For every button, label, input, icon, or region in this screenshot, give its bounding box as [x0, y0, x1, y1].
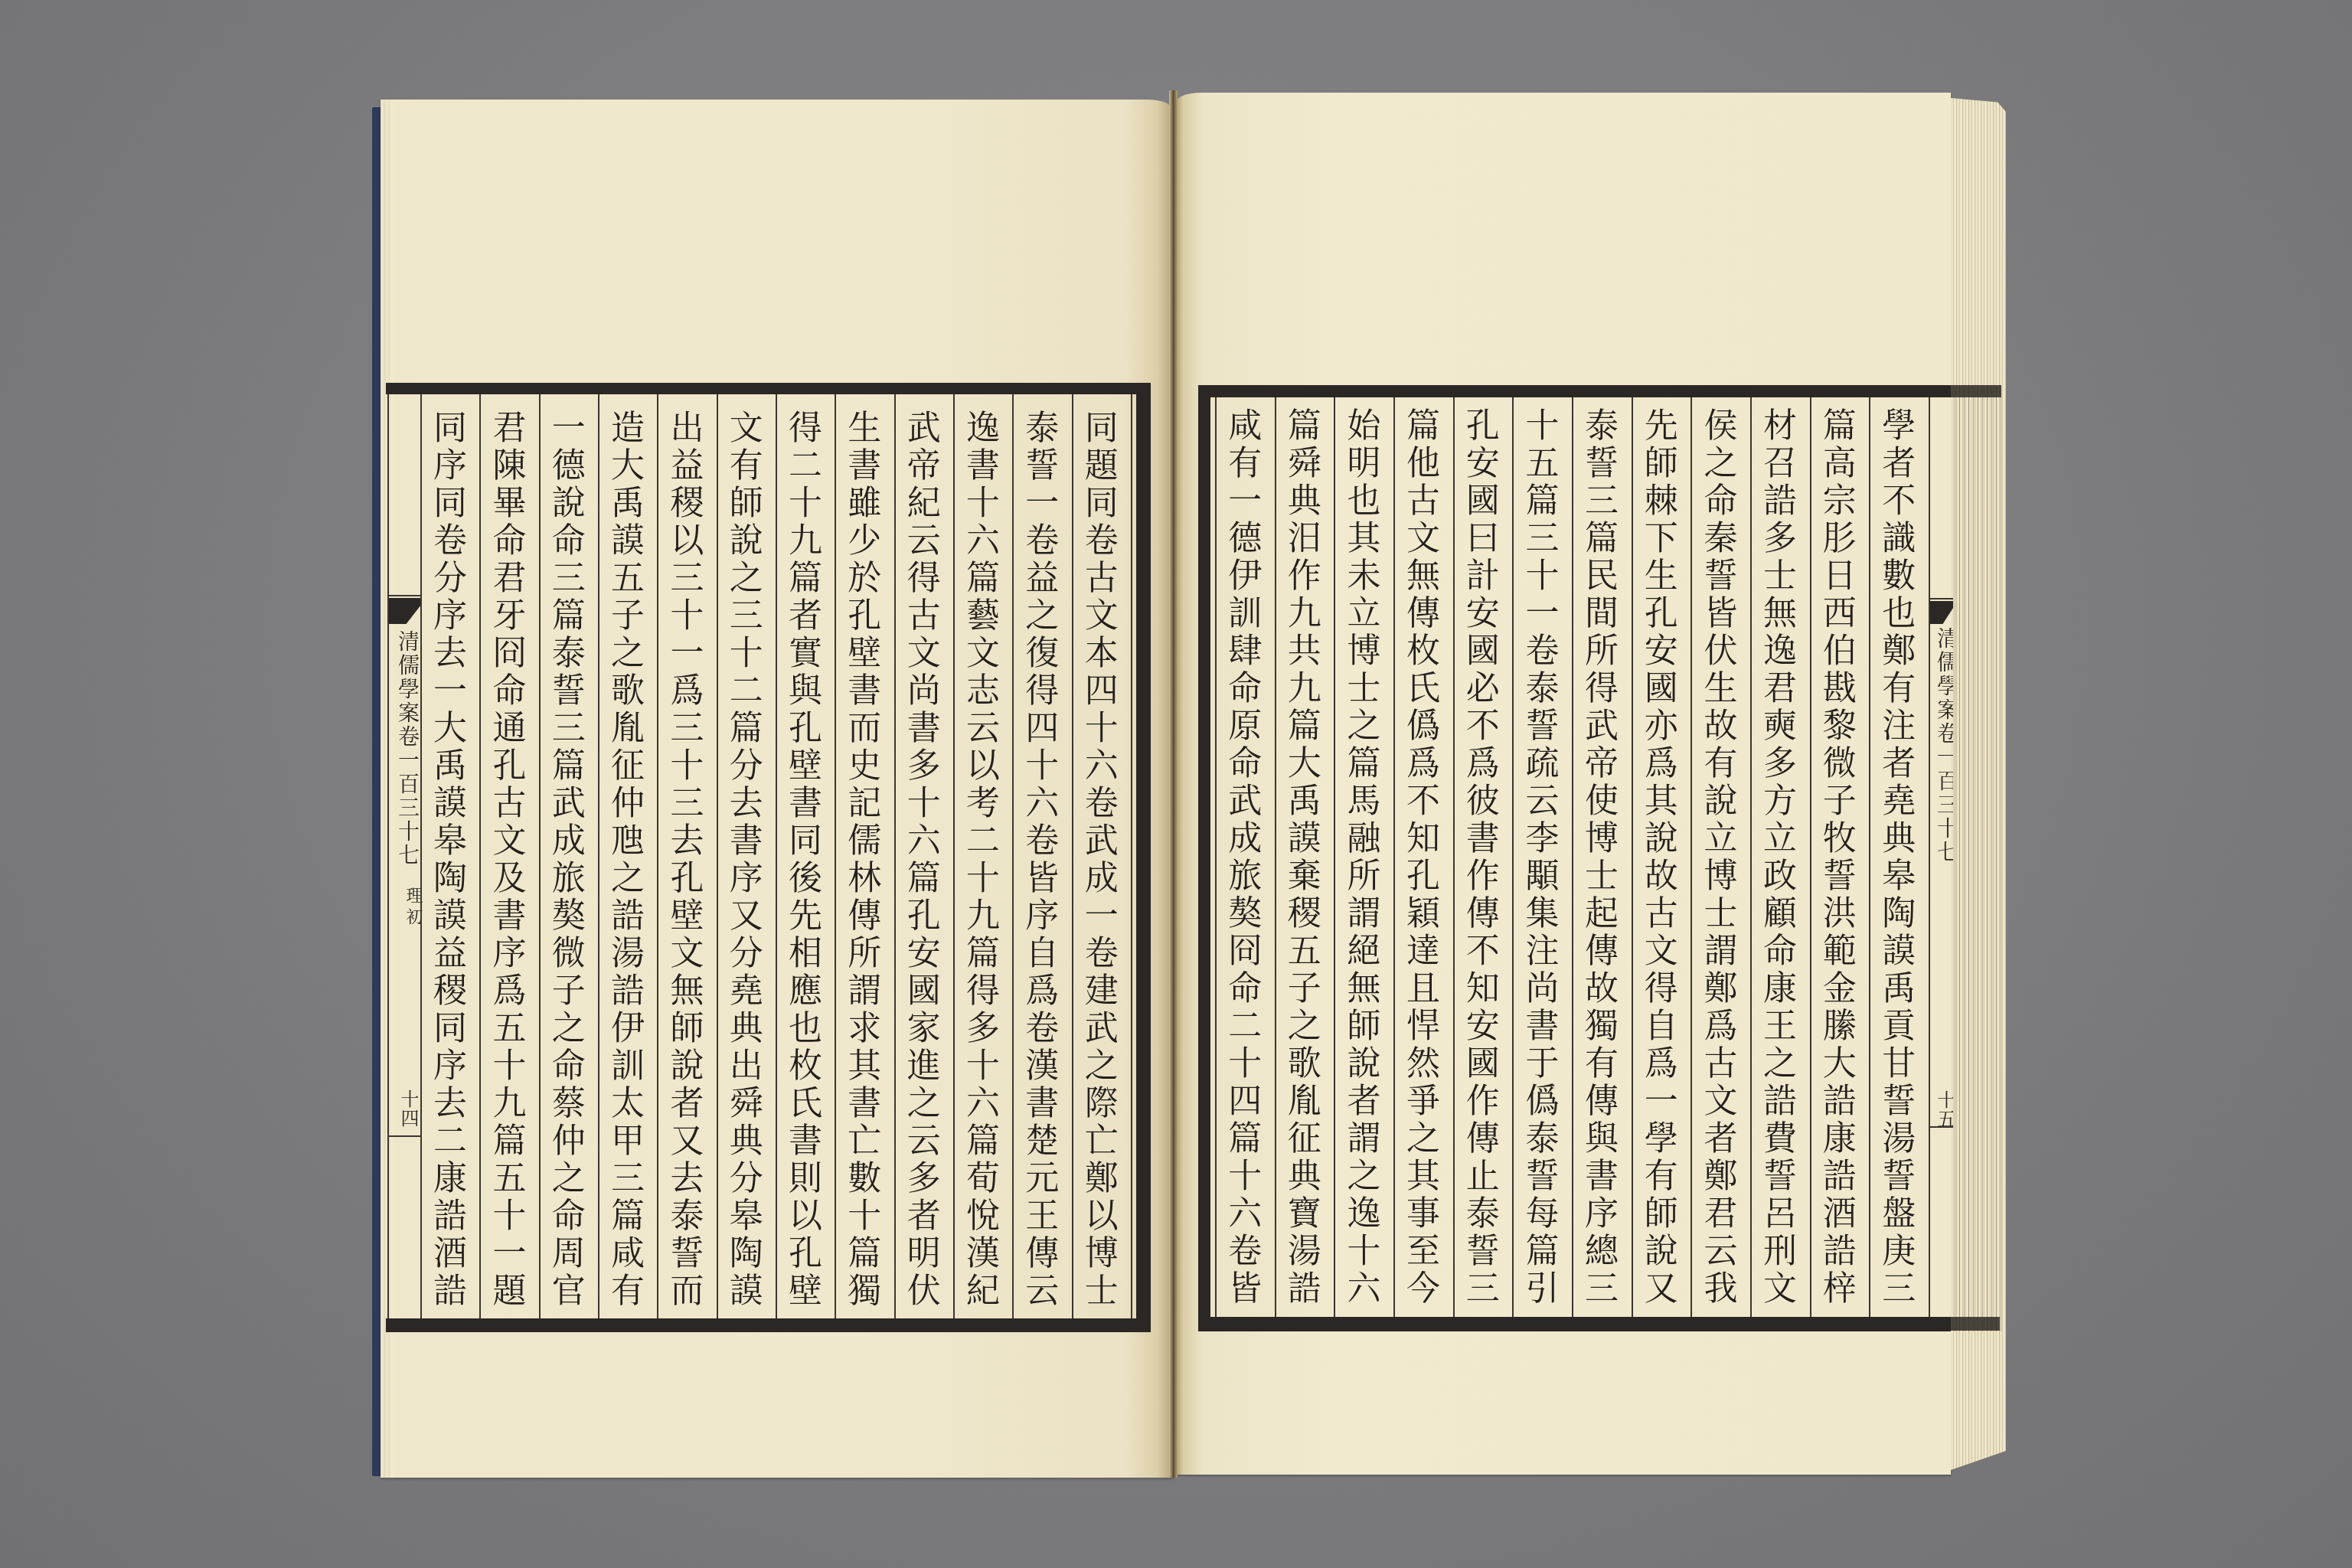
right-text-columns: 學者不識數也鄭有注者堯典皋陶謨禹貢甘誓湯誓盤庚三 篇高宗肜日西伯戡黎微子牧誓洪範…: [1215, 397, 1930, 1317]
text-column: 侯之命秦誓皆伏生故有說立博士謂鄭爲古文者鄭君云我: [1690, 397, 1750, 1317]
text-column: 泰誓一卷益之復得四十六卷皆序自爲卷漢書楚元王傳云: [1012, 394, 1071, 1318]
frame-inner-rule: [1198, 385, 1210, 1331]
column-text: 造大禹謨五子之歌胤征仲虺之誥湯誥伊訓太甲三篇咸有: [599, 410, 648, 1317]
text-column: 材召誥多士無逸君奭多方立政顧命康王之誥費誓呂刑文: [1750, 397, 1810, 1317]
column-text: 同題同卷古文本四十六卷武成一卷建武之際亡鄭以博士: [1073, 410, 1122, 1317]
fold-margin: 清儒學案卷一百三十七 十五: [1930, 397, 1953, 1317]
column-text: 篇他古文無傳枚氏僞爲不知孔穎達且悍然爭之其事至今: [1395, 407, 1444, 1315]
margin-volume-title: 清儒學案卷一百三十七: [392, 630, 423, 867]
frame-inner-rule: [1136, 383, 1151, 1332]
text-column: 造大禹謨五子之歌胤征仲虺之誥湯誥伊訓太甲三篇咸有: [598, 394, 657, 1318]
column-text: 一德說命三篇泰誓三篇武成旅獒微子之命蔡仲之命周官: [541, 410, 590, 1317]
margin-volume-title: 清儒學案卷一百三十七: [1931, 627, 1953, 864]
book-gutter: [1169, 90, 1178, 1478]
text-column: 君陳畢命君牙冏命通孔古文及書序爲五十九篇五十一題: [479, 394, 538, 1318]
column-text: 同序同卷分序去一大禹謨皋陶謨益稷同序去二康誥酒誥: [422, 410, 471, 1317]
left-text-frame: 清儒學案卷一百三十七 理初 十四 同題同卷古文本四十六卷武成一卷建武之際亡鄭以博…: [386, 383, 1151, 1332]
column-text: 始明也其未立博士之篇馬融所謂絕無師說者謂之逸十六: [1335, 407, 1384, 1315]
column-text: 篇高宗肜日西伯戡黎微子牧誓洪範金縢大誥康誥酒誥梓: [1811, 407, 1860, 1315]
column-text: 得二十九篇者實與孔壁書同後先相應也枚氏書則以孔壁: [777, 410, 826, 1317]
frame-top-rule: [386, 383, 1151, 394]
frame-bottom-rule: [386, 1318, 1151, 1332]
frame-top-rule: [1198, 385, 1951, 397]
text-column: 逸書十六篇藝文志云以考二十九篇得多十六篇荀悅漢紀: [953, 394, 1012, 1318]
column-text: 學者不識數也鄭有注者堯典皋陶謨禹貢甘誓湯誓盤庚三: [1870, 407, 1919, 1315]
text-column: 篇高宗肜日西伯戡黎微子牧誓洪範金縢大誥康誥酒誥梓: [1810, 397, 1870, 1317]
column-text: 君陳畢命君牙冏命通孔古文及書序爲五十九篇五十一題: [481, 410, 530, 1317]
text-column: 武帝紀云得古文尚書多十六篇孔安國家進之云多者明伏: [894, 394, 953, 1318]
text-column: 先師棘下生孔安國亦爲其說故古文得自爲一學有師說又: [1632, 397, 1691, 1317]
text-column: 咸有一德伊訓肆命原命武成旅獒冏命二十四篇十六卷皆: [1215, 397, 1275, 1317]
text-column: 篇舜典汨作九共九篇大禹謨棄稷五子之歌胤征典寶湯誥: [1275, 397, 1334, 1317]
text-column: 篇他古文無傳枚氏僞爲不知孔穎達且悍然爭之其事至今: [1393, 397, 1453, 1317]
left-text-columns: 同題同卷古文本四十六卷武成一卷建武之際亡鄭以博士 泰誓一卷益之復得四十六卷皆序自…: [420, 394, 1132, 1318]
text-column: 得二十九篇者實與孔壁書同後先相應也枚氏書則以孔壁: [776, 394, 835, 1318]
column-text: 先師棘下生孔安國亦爲其說故古文得自爲一學有師說又: [1633, 407, 1682, 1315]
column-text: 武帝紀云得古文尚書多十六篇孔安國家進之云多者明伏: [896, 410, 945, 1317]
margin-rule-top: [1930, 598, 1953, 599]
text-column: 同題同卷古文本四十六卷武成一卷建武之際亡鄭以博士: [1072, 394, 1131, 1318]
margin-rule-top: [389, 595, 420, 596]
right-text-frame: 學者不識數也鄭有注者堯典皋陶謨禹貢甘誓湯誓盤庚三 篇高宗肜日西伯戡黎微子牧誓洪範…: [1198, 385, 1960, 1331]
column-text: 孔安國曰計安國必不爲彼書作傳不知安國作傳止泰誓三: [1455, 407, 1504, 1315]
text-column: 始明也其未立博士之篇馬融所謂絕無師說者謂之逸十六: [1334, 397, 1393, 1317]
frame-bottom-rule: [1198, 1317, 1951, 1331]
text-column: 泰誓三篇民間所得武帝使博士起傳故獨有傳與書序總三: [1572, 397, 1632, 1317]
margin-rule-bottom: [1930, 1126, 1953, 1128]
leaf-number: 十四: [395, 1089, 422, 1128]
text-column: 十五篇三十一卷泰誓疏云李顒集注尚書于僞泰誓每篇引: [1512, 397, 1572, 1317]
column-text: 侯之命秦誓皆伏生故有說立博士謂鄭爲古文者鄭君云我: [1692, 407, 1741, 1315]
column-text: 十五篇三十一卷泰誓疏云李顒集注尚書于僞泰誓每篇引: [1514, 407, 1563, 1315]
text-column: 出益稷以三十一爲三十三去孔壁文無師說者又去泰誓而: [657, 394, 716, 1318]
fishtail-mark-icon: [1930, 601, 1953, 624]
text-column: 同序同卷分序去一大禹謨皋陶謨益稷同序去二康誥酒誥: [420, 394, 479, 1318]
text-column: 學者不識數也鄭有注者堯典皋陶謨禹貢甘誓湯誓盤庚三: [1869, 397, 1929, 1317]
text-column: 孔安國曰計安國必不爲彼書作傳不知安國作傳止泰誓三: [1453, 397, 1513, 1317]
text-column: 一德說命三篇泰誓三篇武成旅獒微子之命蔡仲之命周官: [539, 394, 598, 1318]
fishtail-mark-icon: [389, 598, 420, 624]
column-text: 咸有一德伊訓肆命原命武成旅獒冏命二十四篇十六卷皆: [1217, 407, 1266, 1315]
leaf-number: 十五: [1932, 1090, 1953, 1129]
column-text: 泰誓三篇民間所得武帝使博士起傳故獨有傳與書序總三: [1573, 407, 1622, 1315]
text-column: 生書雖少於孔壁書而史記儒林傳所謂求其書亡數十篇獨: [835, 394, 893, 1318]
column-text: 材召誥多士無逸君奭多方立政顧命康王之誥費誓呂刑文: [1752, 407, 1801, 1315]
column-text: 出益稷以三十一爲三十三去孔壁文無師說者又去泰誓而: [658, 410, 707, 1317]
fold-margin: 清儒學案卷一百三十七 理初 十四: [389, 394, 420, 1318]
margin-rule-bottom: [389, 1135, 420, 1137]
column-text: 生書雖少於孔壁書而史記儒林傳所謂求其書亡數十篇獨: [836, 410, 885, 1317]
column-text: 泰誓一卷益之復得四十六卷皆序自爲卷漢書楚元王傳云: [1014, 410, 1063, 1317]
text-column: 文有師說之三十二篇分去書序又分堯典出舜典分皋陶謨: [717, 394, 776, 1318]
column-text: 逸書十六篇藝文志云以考二十九篇得多十六篇荀悅漢紀: [955, 410, 1004, 1317]
column-text: 文有師說之三十二篇分去書序又分堯典出舜典分皋陶謨: [718, 410, 767, 1317]
column-text: 篇舜典汨作九共九篇大禹謨棄稷五子之歌胤征典寶湯誥: [1276, 407, 1325, 1315]
